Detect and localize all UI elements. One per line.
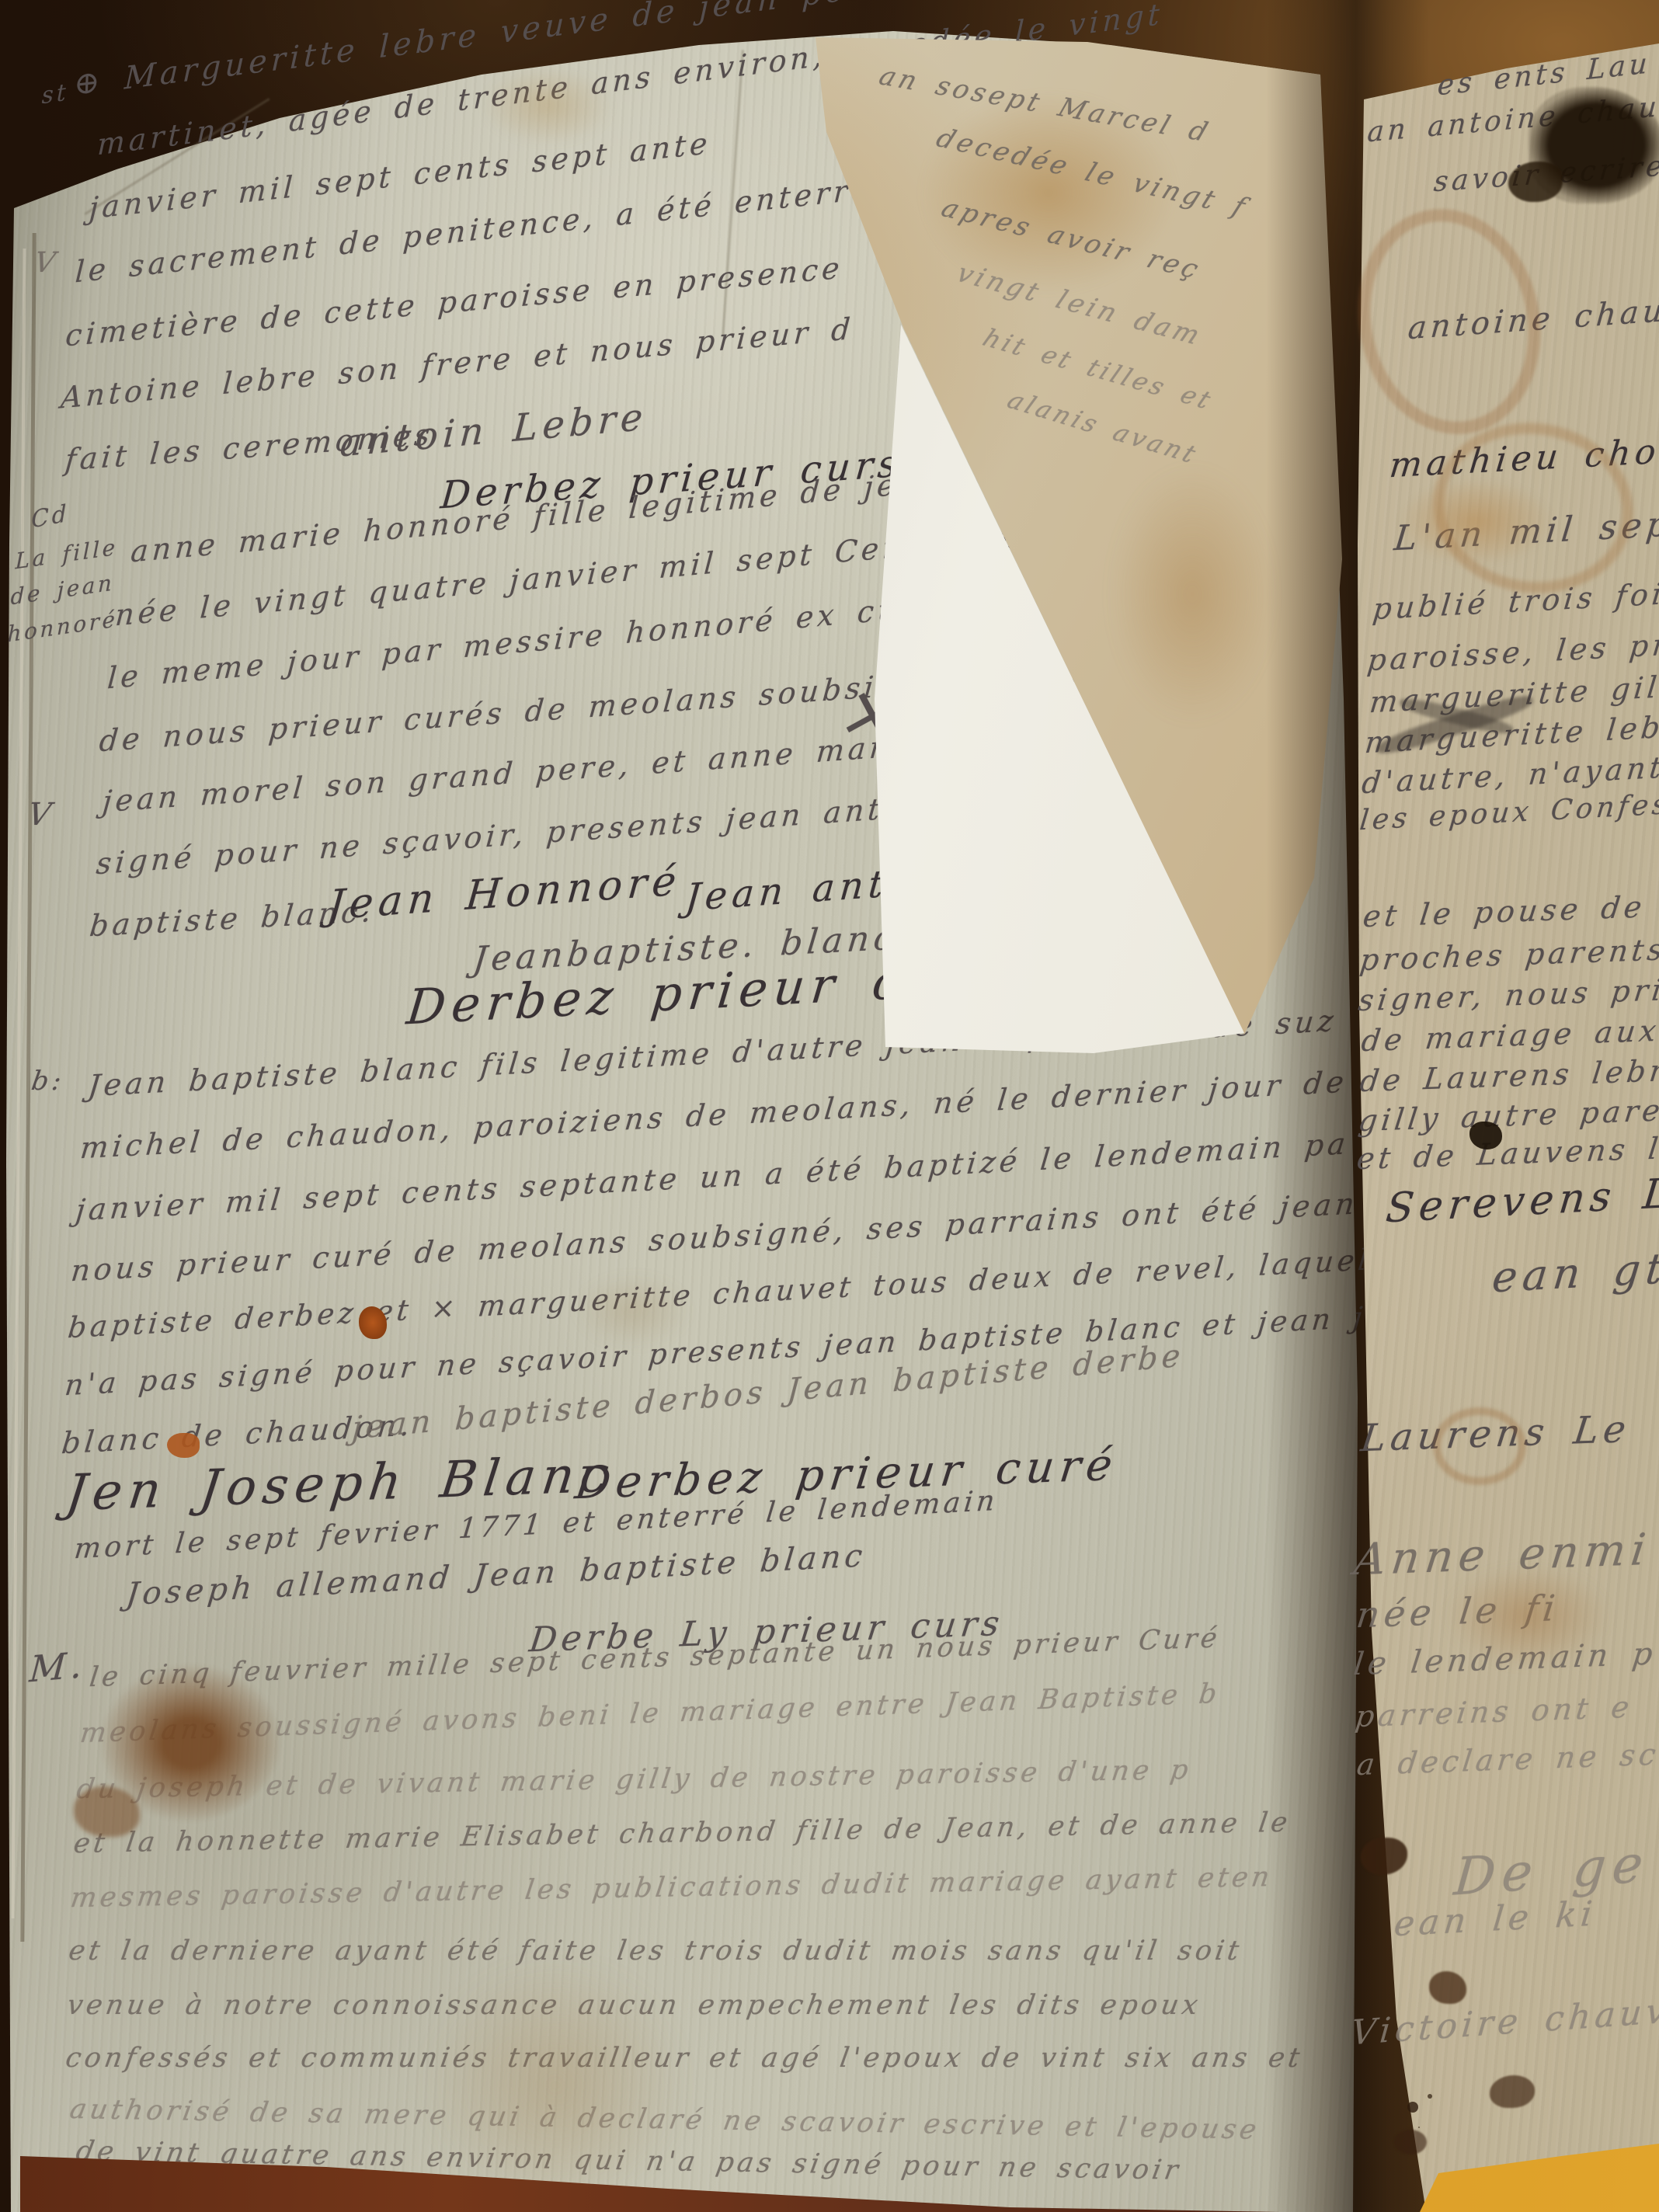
- right-page-text-layer: es ents Lauan antoine chauvesavoir ecrir…: [0, 0, 1659, 2212]
- handwriting-line: parreins ont e: [1354, 1690, 1635, 1734]
- handwriting-line: de mariage aux fo: [1360, 1011, 1659, 1058]
- handwriting-line: paroisse, les prom: [1365, 624, 1659, 677]
- handwriting-line: Serevens Leb: [1384, 1167, 1659, 1232]
- handwriting-line: Anne enmi: [1351, 1525, 1654, 1586]
- handwriting-line: le lendemain p: [1351, 1636, 1658, 1682]
- handwriting-line: de Laurens lebre f: [1358, 1052, 1659, 1099]
- handwriting-line: an antoine chauve: [1366, 88, 1659, 149]
- handwriting-line: L'an mil sept Ce: [1393, 499, 1659, 559]
- handwriting-line: ean gte: [1490, 1242, 1659, 1302]
- handwriting-line: née le fi: [1354, 1587, 1562, 1636]
- handwriting-line: signer, nous prieu: [1357, 971, 1659, 1017]
- handwriting-line: Victoire chauv: [1349, 1991, 1659, 2053]
- manuscript-photograph: st⊕ Margueritte lebre veuve de jean posm…: [0, 0, 1659, 2212]
- handwriting-line: savoir ecrire: [1432, 150, 1659, 198]
- handwriting-line: mathieu chouet: [1388, 428, 1659, 485]
- handwriting-line: Laurens Le: [1358, 1407, 1633, 1460]
- handwriting-line: ean le ki: [1393, 1894, 1598, 1944]
- handwriting-line: proches parents G: [1358, 930, 1659, 977]
- handwriting-line: et le pouse de quar: [1362, 886, 1659, 934]
- handwriting-line: a declare ne sca: [1355, 1736, 1659, 1782]
- handwriting-line: publié trois fois p: [1371, 573, 1659, 626]
- handwriting-line: antoine chauet 19: [1407, 285, 1659, 346]
- handwriting-line: gilly autre parent: [1357, 1092, 1659, 1139]
